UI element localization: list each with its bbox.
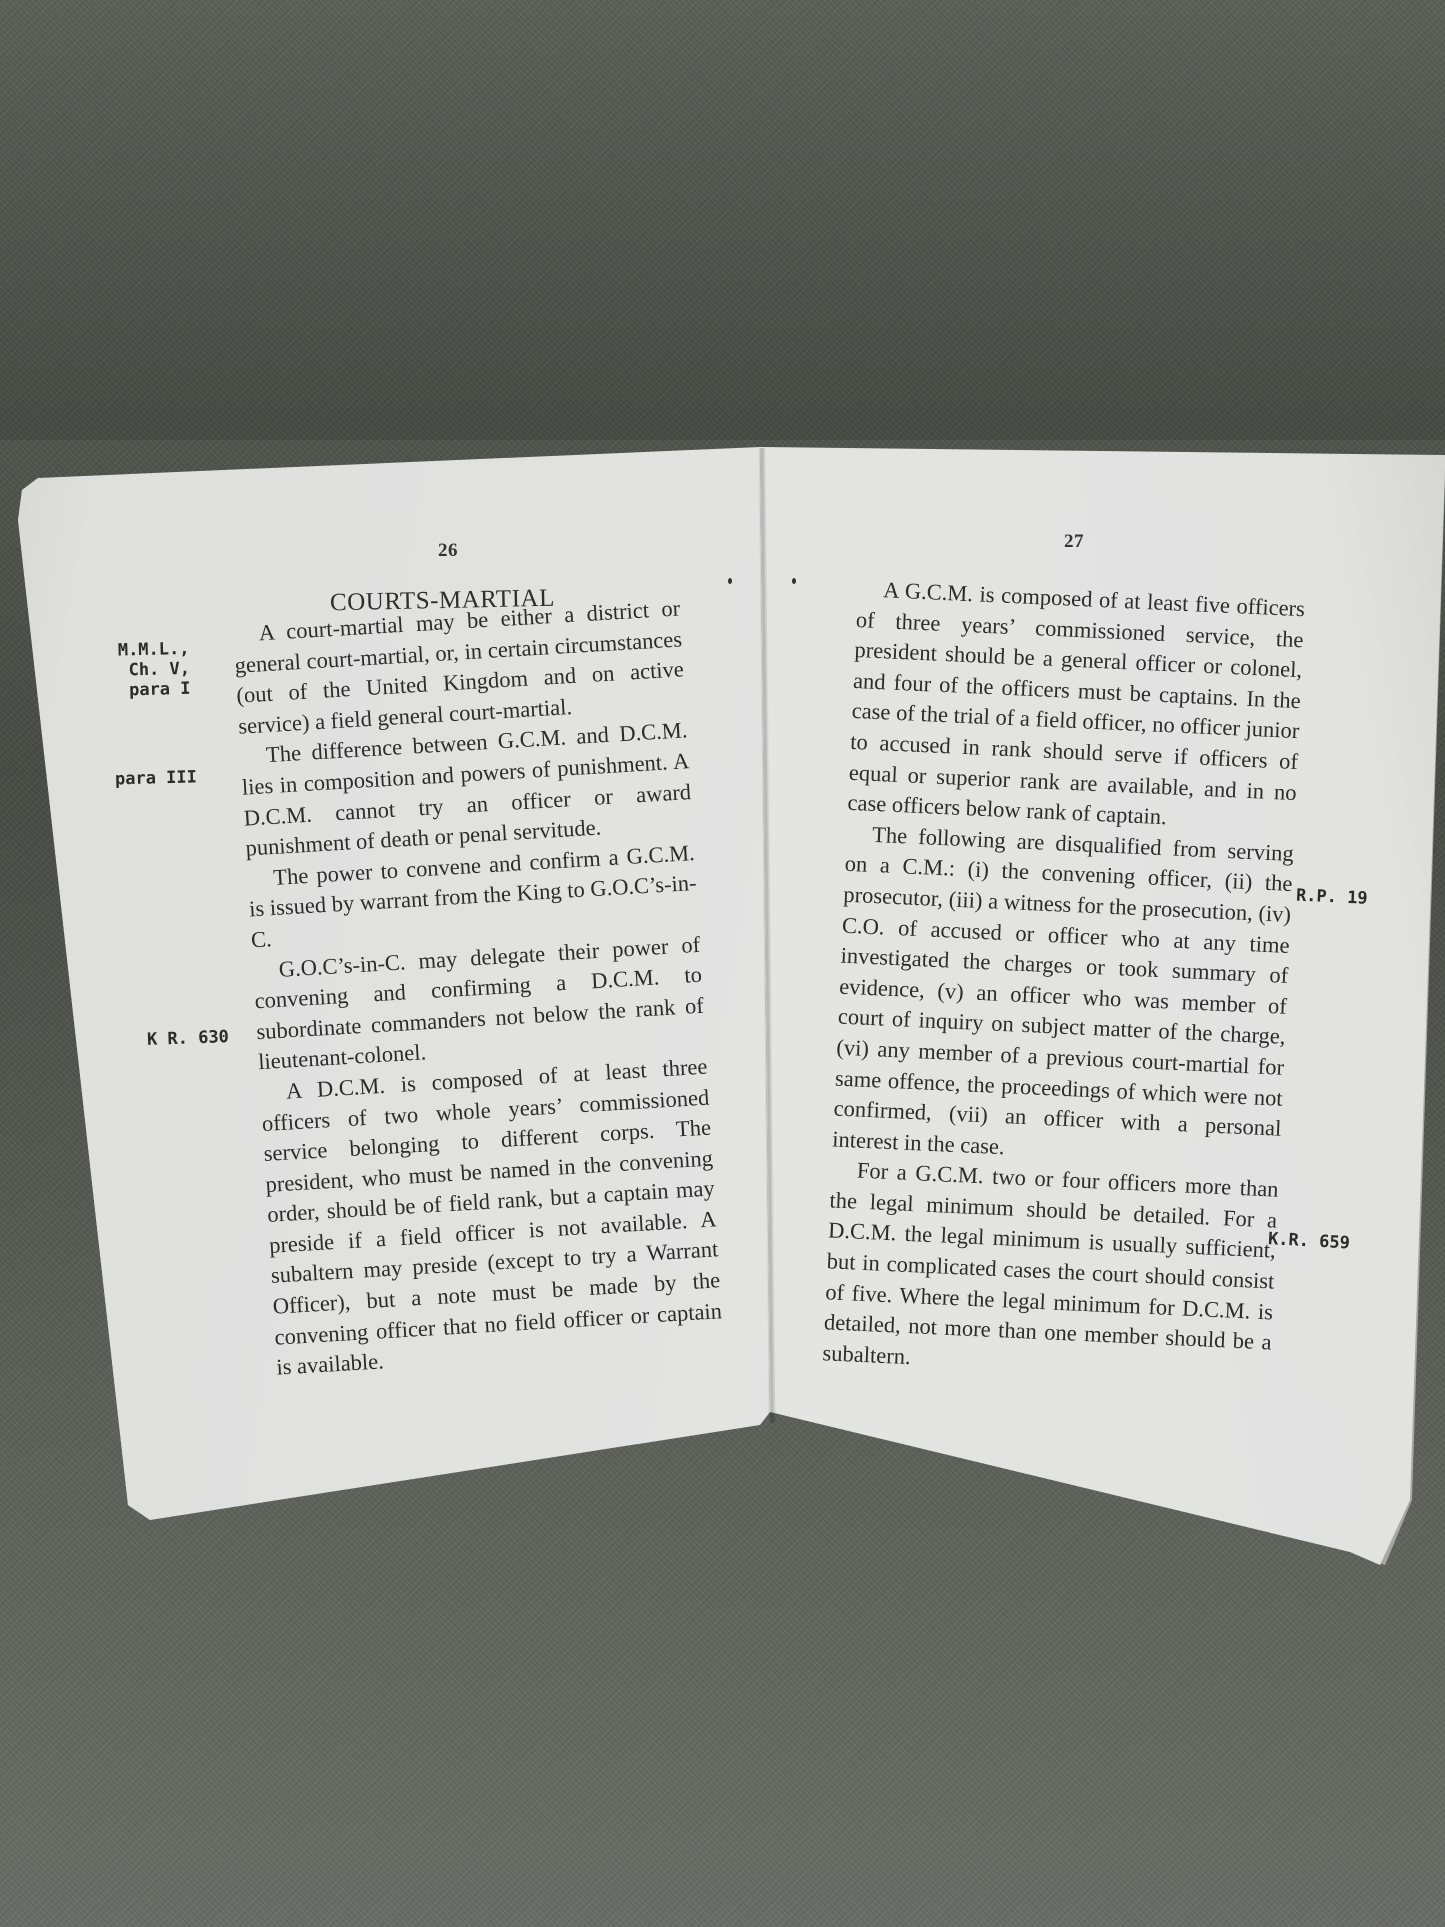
paragraph: The following are disqualified from serv… (832, 818, 1295, 1175)
right-page-content: 27 A G.C.M. is composed of at least five… (0, 0, 1445, 1927)
paragraph: For a G.C.M. two or four officers more t… (822, 1155, 1279, 1389)
ink-speck (728, 578, 732, 584)
page-number: 27 (1064, 531, 1084, 553)
margin-note-kr-659: K.R. 659 (1268, 1229, 1379, 1255)
open-booklet: 26 COURTS-MARTIAL M.M.L., Ch. V, para I … (0, 0, 1445, 1927)
paragraph: A G.C.M. is composed of at least five of… (847, 574, 1306, 839)
right-page-body: A G.C.M. is composed of at least five of… (822, 574, 1306, 1389)
margin-note-rp-19: R.P. 19 (1296, 886, 1407, 911)
ink-speck (792, 578, 796, 584)
